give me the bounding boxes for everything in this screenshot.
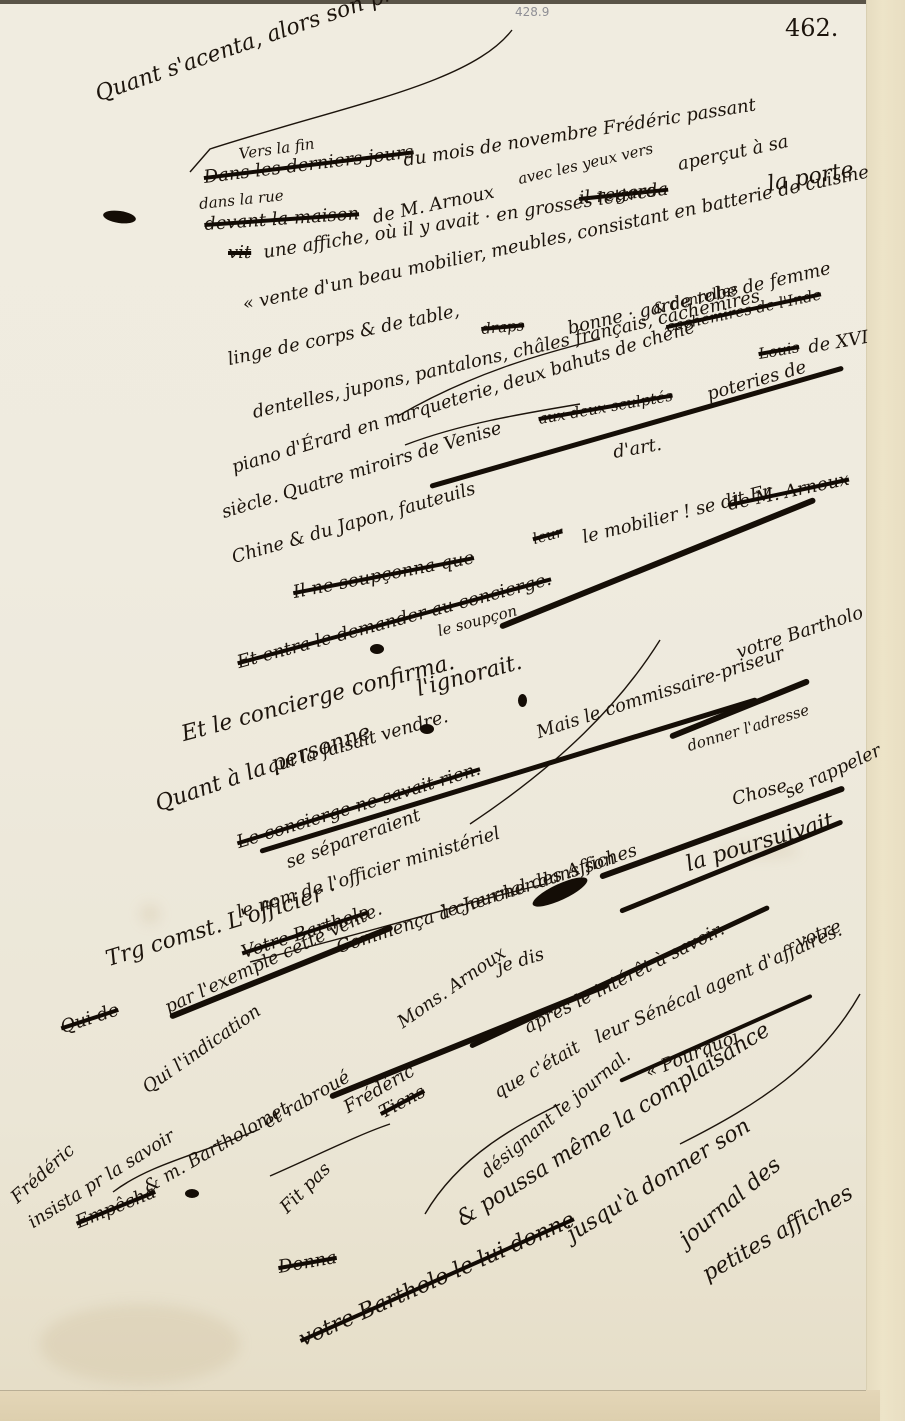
- struck-text: draps: [481, 318, 525, 337]
- manuscript-page: 428.9 462. Quant s'acenta, alors son pro…: [0, 4, 866, 1391]
- folio-number: 462.: [785, 16, 838, 40]
- struck-text: vit: [228, 244, 251, 262]
- ink-blot: [370, 644, 384, 654]
- ink-blot: [185, 1189, 199, 1198]
- ink-blot: [518, 694, 527, 707]
- shelfmark-pencil: 428.9: [515, 6, 549, 18]
- binding-edge: [866, 0, 905, 1421]
- ink-blot: [420, 724, 434, 734]
- underlying-page: [0, 1390, 880, 1421]
